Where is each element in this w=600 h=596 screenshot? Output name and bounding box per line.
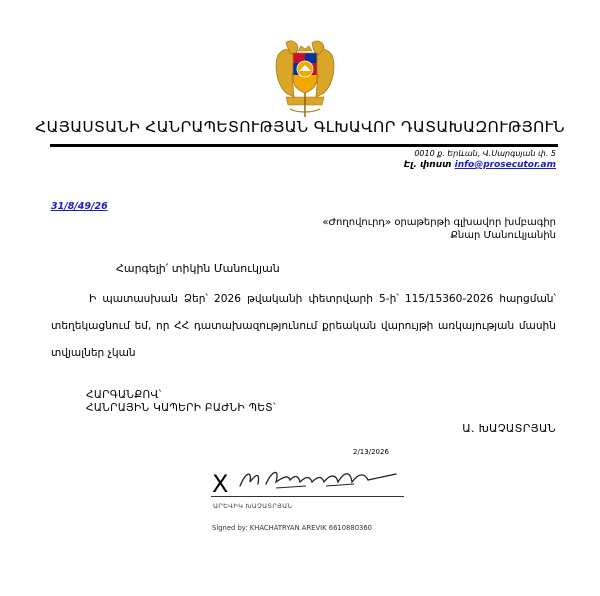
armenia-coat-of-arms-icon [272, 35, 338, 119]
signature-date: 2/13/2026 [353, 448, 389, 456]
letter-body-text: Ի պատասխան Ձեր՝ 2026 թվականի փետրվարի 5-… [51, 293, 556, 359]
letter-body: Ի պատասխան Ձեր՝ 2026 թվականի փետրվարի 5-… [51, 286, 556, 367]
signature-line [211, 496, 404, 497]
email-label: Էլ. փոստ [404, 160, 452, 170]
email-line: Էլ. փոստ info@prosecutor.am [404, 160, 556, 170]
signed-by: Signed by: KHACHATRYAN AREVIK 6610880360 [212, 524, 372, 532]
recipient-name: Քնար Մանուկյանին [322, 229, 556, 242]
recipient-block: «Ժողովուրդ» օրաթերթի գլխավոր խմբագիր Քնա… [322, 216, 556, 242]
closing-position: ՀԱՆՐԱՅԻՆ ԿԱՊԵՐԻ ԲԱԺՆԻ ՊԵՏ՝ [86, 402, 276, 415]
email-link[interactable]: info@prosecutor.am [455, 160, 556, 170]
recipient-title: «Ժողովուրդ» օրաթերթի գլխավոր խմբագիր [322, 216, 556, 229]
closing-block: ՀԱՐԳԱՆՔՈՎ՝ ՀԱՆՐԱՅԻՆ ԿԱՊԵՐԻ ԲԱԺՆԻ ՊԵՏ՝ [86, 389, 276, 415]
closing-regards: ՀԱՐԳԱՆՔՈՎ՝ [86, 389, 276, 402]
handwritten-signature-icon [236, 464, 406, 494]
header-divider [50, 144, 558, 147]
signature-mark: X [212, 470, 228, 498]
signature-name: ԱՐԵՎԻԿ ԽԱՉԱՏՐՅԱՆ [213, 502, 292, 510]
organization-title: ՀԱՅԱՍՏԱՆԻ ՀԱՆՐԱՊԵՏՈՒԹՅԱՆ ԳԼԽԱՎՈՐ ԴԱՏԱԽԱԶ… [0, 118, 600, 136]
reference-number[interactable]: 31/8/49/26 [51, 201, 108, 212]
signer-name: Ա. ԽԱՉԱՏՐՅԱՆ [462, 422, 556, 435]
address: 0010 ք. Երևան, Վ.Սարգսյան փ. 5 [414, 149, 556, 158]
greeting: Հարգելի՛ տիկին Մանուկյան [116, 262, 280, 275]
